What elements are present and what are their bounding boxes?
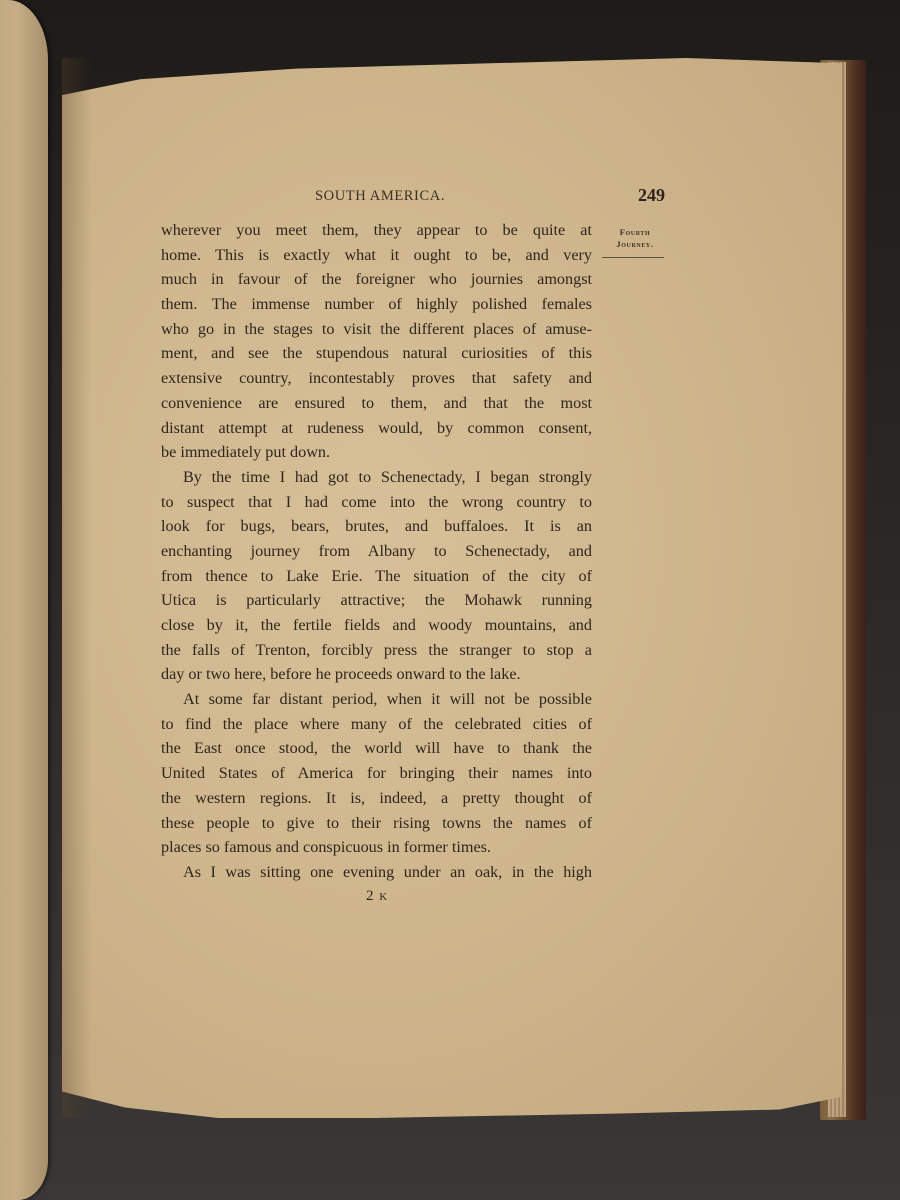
text-line: distant attempt at rudeness would, by co… (161, 416, 592, 441)
text-line: Utica is particularly attractive; the Mo… (161, 588, 592, 613)
paragraph-start-line: At some far distant period, when it will… (161, 687, 592, 712)
text-line: look for bugs, bears, brutes, and buffal… (161, 514, 592, 539)
running-head: SOUTH AMERICA. 249 (160, 186, 665, 210)
paragraph-start-line: By the time I had got to Schenectady, I … (161, 465, 592, 490)
signature-letter: K (379, 891, 388, 903)
facing-page-edge (0, 0, 48, 1200)
page-number: 249 (638, 185, 665, 206)
text-line: to find the place where many of the cele… (161, 712, 592, 737)
signature-number: 2 (366, 888, 375, 904)
running-title: SOUTH AMERICA. (315, 188, 445, 205)
text-line: home. This is exactly what it ought to b… (161, 243, 592, 268)
marginal-note: Fourth Journey. (604, 226, 666, 250)
signature-mark: 2 K (366, 888, 388, 905)
text-line: to suspect that I had come into the wron… (161, 490, 592, 515)
paragraph-start-line: As I was sitting one evening under an oa… (161, 860, 592, 885)
marginal-note-line-2: Journey. (604, 238, 666, 250)
marginal-note-line-1: Fourth (604, 226, 666, 238)
text-line: wherever you meet them, they appear to b… (161, 218, 592, 243)
text-line: the East once stood, the world will have… (161, 736, 592, 761)
text-line: be immediately put down. (161, 440, 592, 465)
text-line: places so famous and conspicuous in form… (161, 835, 592, 860)
body-text: wherever you meet them, they appear to b… (161, 218, 592, 885)
text-line: extensive country, incontestably proves … (161, 366, 592, 391)
gutter-shadow (62, 58, 92, 1118)
text-line: convenience are ensured to them, and tha… (161, 391, 592, 416)
text-line: ment, and see the stupendous natural cur… (161, 341, 592, 366)
text-line: them. The immense number of highly polis… (161, 292, 592, 317)
text-line: close by it, the fertile fields and wood… (161, 613, 592, 638)
text-line: day or two here, before he proceeds onwa… (161, 662, 592, 687)
text-line: enchanting journey from Albany to Schene… (161, 539, 592, 564)
text-line: much in favour of the foreigner who jour… (161, 267, 592, 292)
text-line: from thence to Lake Erie. The situation … (161, 564, 592, 589)
text-line: the falls of Trenton, forcibly press the… (161, 638, 592, 663)
text-line: these people to give to their rising tow… (161, 811, 592, 836)
marginal-note-rule (602, 257, 664, 258)
text-line: the western regions. It is, indeed, a pr… (161, 786, 592, 811)
text-line: who go in the stages to visit the differ… (161, 317, 592, 342)
text-line: United States of America for bringing th… (161, 761, 592, 786)
